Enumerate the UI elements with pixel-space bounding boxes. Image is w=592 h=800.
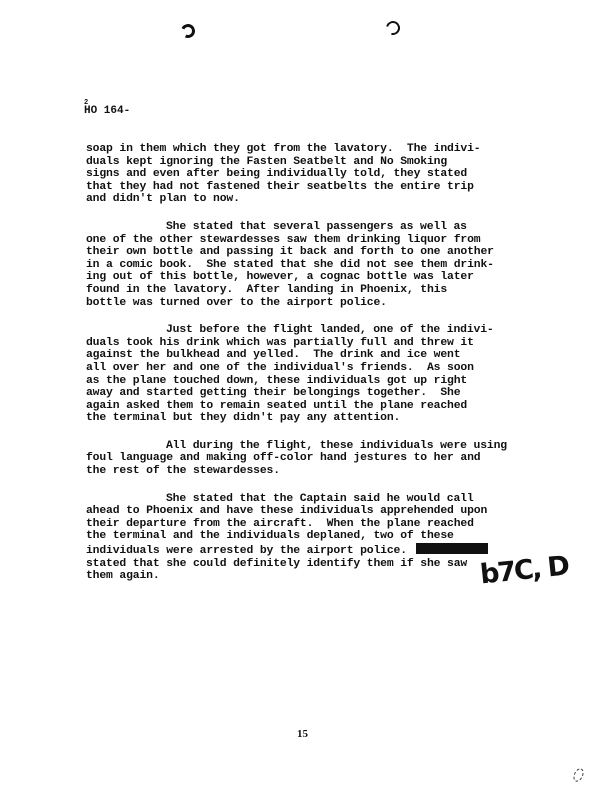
text-line: She stated that several passengers as we… [86,221,556,234]
paragraph: soap in them which they got from the lav… [86,143,556,206]
text-line: Just before the flight landed, one of th… [86,324,556,337]
text-line: duals took his drink which was partially… [86,337,556,350]
text-line: and didn't plan to now. [86,193,556,206]
punch-hole-icon [179,22,197,40]
text-line: again asked them to remain seated until … [86,400,556,413]
text-line: away and started getting their belonging… [86,387,556,400]
text-line: foul language and making off-color hand … [86,452,556,465]
paragraph: All during the flight, these individuals… [86,440,556,478]
document-body: soap in them which they got from the lav… [86,143,556,598]
text-line: the terminal and the individuals deplane… [86,530,556,543]
text-line: all over her and one of the individual's… [86,362,556,375]
page-number: 15 [297,728,308,740]
text-line: their own bottle and passing it back and… [86,246,556,259]
redaction-block [416,543,488,554]
punch-hole-icon [383,18,402,37]
text-line: bottle was turned over to the airport po… [86,297,556,310]
text-line: as the plane touched down, these individ… [86,375,556,388]
text-line: soap in them which they got from the lav… [86,143,556,156]
text-line: found in the lavatory. After landing in … [86,284,556,297]
file-number: 2 HO 164- [84,106,130,117]
text-line: duals kept ignoring the Fasten Seatbelt … [86,156,556,169]
text-line: one of the other stewardesses saw them d… [86,234,556,247]
file-number-superscript: 2 [84,100,88,107]
text-line: ing out of this bottle, however, a cogna… [86,271,556,284]
text-line: She stated that the Captain said he woul… [86,493,556,506]
paragraph: Just before the flight landed, one of th… [86,324,556,425]
text-line: individuals were arrested by the airport… [86,543,556,558]
text-line: that they had not fastened their seatbel… [86,181,556,194]
text-line: ahead to Phoenix and have these individu… [86,505,556,518]
text-line: against the bulkhead and yelled. The dri… [86,349,556,362]
scan-mark-icon [571,767,585,783]
text-line: All during the flight, these individuals… [86,440,556,453]
text-line: the terminal but they didn't pay any att… [86,412,556,425]
text-line: their departure from the aircraft. When … [86,518,556,531]
text-line: the rest of the stewardesses. [86,465,556,478]
document-page: 2 HO 164- soap in them which they got fr… [0,0,592,800]
text-line: in a comic book. She stated that she did… [86,259,556,272]
text-line: signs and even after being individually … [86,168,556,181]
paragraph: She stated that several passengers as we… [86,221,556,309]
